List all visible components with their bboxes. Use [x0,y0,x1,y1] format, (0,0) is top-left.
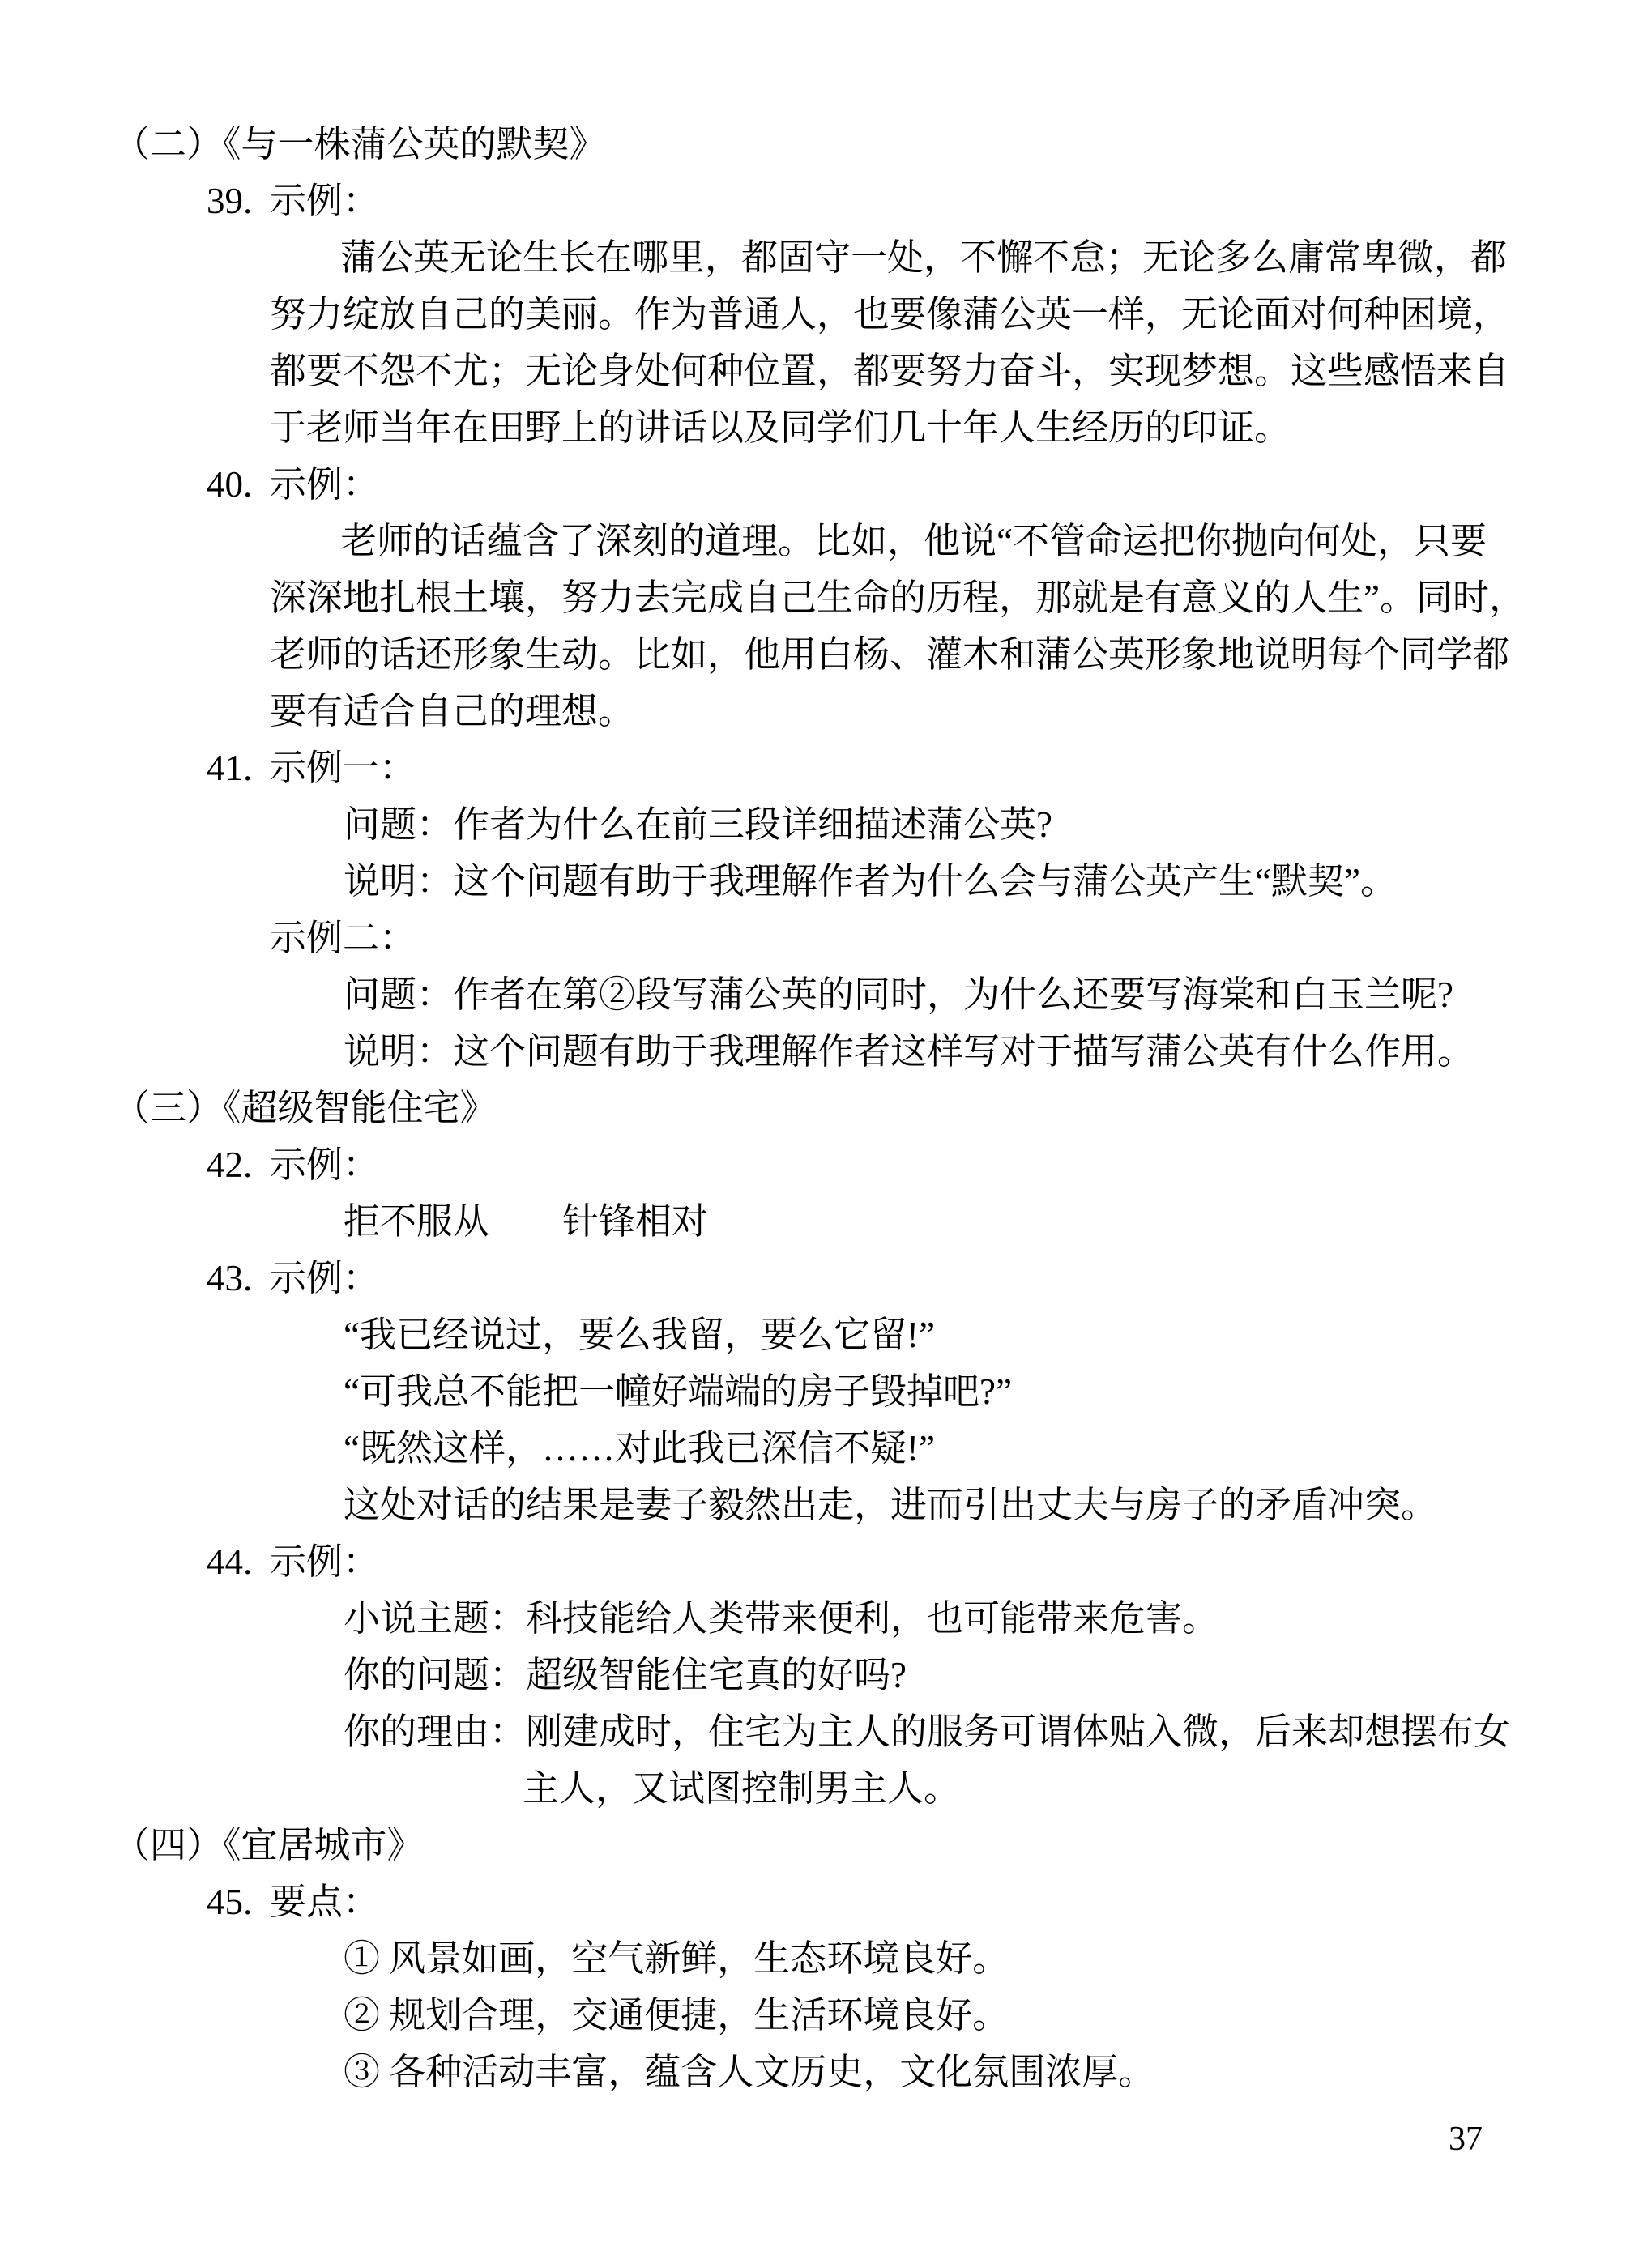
answer-text-line: 主人，又试图控制男主人。 [523,1760,1626,1817]
answer-item-label: 示例： [270,1258,379,1298]
answer-text-line: 你的理由：刚建成时，住宅为主人的服务可谓体贴入微，后来却想摆布女 [344,1703,1626,1760]
answer-item-heading: 43.示例： [207,1250,1626,1307]
answer-text-line: 说明：这个问题有助于我理解作者为什么会与蒲公英产生“默契”。 [344,853,1626,910]
answer-number: 45. [207,1874,270,1930]
answer-text-line: 你的问题：超级智能住宅真的好吗? [344,1647,1626,1703]
answer-item-label: 要点： [270,1882,379,1922]
document-body: （二）《与一株蒲公英的默契》 39.示例： 蒲公英无论生长在哪里，都固守一处，不… [0,0,1626,2100]
section-heading: （三）《超级智能住宅》 [113,1080,1626,1136]
answer-text-line: 要有适合自己的理想。 [270,683,1626,740]
answer-point-line: ② 规划合理，交通便捷，生活环境良好。 [344,1987,1626,2044]
answer-item-label: 示例： [270,1541,379,1582]
answer-text-line: 深深地扎根土壤，努力去完成自己生命的历程，那就是有意义的人生”。同时， [270,569,1626,626]
page-number: 37 [1449,2119,1483,2159]
answer-sublabel-line: 示例二： [270,910,1626,966]
answer-text-line: 都要不怨不尤；无论身处何种位置，都要努力奋斗，实现梦想。这些感悟来自 [270,343,1626,399]
answer-number: 41. [207,740,270,796]
answer-item-heading: 41.示例一： [207,740,1626,796]
section-heading: （二）《与一株蒲公英的默契》 [113,116,1626,173]
answer-item-label: 示例： [270,464,379,505]
answer-text-line: 于老师当年在田野上的讲话以及同学们几十年人生经历的印证。 [270,399,1626,456]
answer-text-line: 老师的话还形象生动。比如，他用白杨、灌木和蒲公英形象地说明每个同学都 [270,626,1626,683]
answer-item-label: 示例： [270,1145,379,1185]
answer-text-line: 老师的话蕴含了深刻的道理。比如，他说“不管命运把你抛向何处，只要 [340,513,1626,569]
section-heading: （四）《宜居城市》 [113,1817,1626,1874]
answer-item-label: 示例一： [270,748,416,788]
answer-quote-line: “我已经说过，要么我留，要么它留!” [344,1307,1626,1363]
answer-quote-line: “既然这样，……对此我已深信不疑!” [344,1420,1626,1477]
answer-number: 39. [207,173,270,229]
answer-item-heading: 44.示例： [207,1533,1626,1590]
answer-point-line: ③ 各种活动丰富，蕴含人文历史，文化氛围浓厚。 [344,2044,1626,2100]
answer-number: 40. [207,456,270,513]
answer-number: 42. [207,1136,270,1193]
answer-number: 44. [207,1533,270,1590]
answer-text-line: 问题：作者为什么在前三段详细描述蒲公英? [344,796,1626,853]
answer-text-line: 蒲公英无论生长在哪里，都固守一处，不懈不怠；无论多么庸常卑微，都 [340,229,1626,286]
answer-key-page: （二）《与一株蒲公英的默契》 39.示例： 蒲公英无论生长在哪里，都固守一处，不… [0,0,1626,2268]
answer-item-label: 示例： [270,181,379,221]
answer-text-line: 问题：作者在第②段写蒲公英的同时，为什么还要写海棠和白玉兰呢? [344,966,1626,1023]
answer-quote-line: “可我总不能把一幢好端端的房子毁掉吧?” [344,1363,1626,1420]
answer-text-line: 说明：这个问题有助于我理解作者这样写对于描写蒲公英有什么作用。 [344,1023,1626,1080]
answer-item-heading: 40.示例： [207,456,1626,513]
answer-item-heading: 42.示例： [207,1136,1626,1193]
answer-text-line: 这处对话的结果是妻子毅然出走，进而引出丈夫与房子的矛盾冲突。 [344,1477,1626,1533]
answer-number: 43. [207,1250,270,1307]
answer-item-heading: 39.示例： [207,173,1626,229]
answer-item-heading: 45.要点： [207,1874,1626,1930]
answer-text-line: 努力绽放自己的美丽。作为普通人，也要像蒲公英一样，无论面对何种困境， [270,286,1626,343]
answer-point-line: ① 风景如画，空气新鲜，生态环境良好。 [344,1930,1626,1987]
answer-text-line: 拒不服从 针锋相对 [344,1193,1626,1250]
answer-text-line: 小说主题：科技能给人类带来便利，也可能带来危害。 [344,1590,1626,1647]
